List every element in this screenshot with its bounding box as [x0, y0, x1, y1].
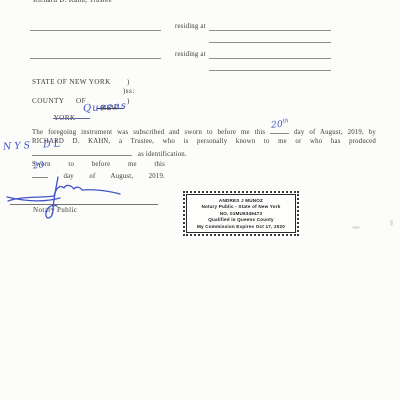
- stamp-title: Notary Public - State of New York: [191, 204, 291, 210]
- address-blank-line: [209, 58, 331, 59]
- jurat-line1: The foregoing instrument was subscribed …: [32, 126, 376, 137]
- venue-county-paren: ): [127, 97, 130, 105]
- venue-struck-york: YORK: [54, 114, 76, 122]
- residing-at-label: residing at: [175, 51, 206, 58]
- handwritten-county: Queens: [83, 100, 128, 114]
- notary-stamp-inner: ANDRES J MUNOZ Notary Public - State of …: [186, 194, 296, 233]
- jurat-line3-text: as identification.: [134, 151, 187, 158]
- jurat-paragraph: The foregoing instrument was subscribed …: [32, 126, 376, 158]
- handwritten-sworn-day: 20: [33, 161, 45, 172]
- signer-name-cutoff: Richard D. Kahn, Trustee: [33, 0, 112, 4]
- sworn-line1: Sworn to before me this: [32, 160, 165, 170]
- address-blank-line: [209, 42, 331, 43]
- handwritten-day: 20th: [271, 116, 290, 131]
- scan-smudge: [352, 226, 360, 229]
- signature-blank-line: [30, 30, 161, 31]
- address-blank-line: [209, 30, 331, 31]
- venue-county-word: COUNTY: [32, 97, 64, 105]
- residing-at-label: residing at: [175, 23, 206, 30]
- venue-state-paren: ): [127, 78, 130, 86]
- day-blank-line: 20th: [270, 126, 289, 134]
- stamp-expiration: My Commission Expires Oct 17, 2020: [191, 224, 291, 230]
- scan-smudge: [390, 220, 393, 226]
- jurat-line1-pre: The foregoing instrument was subscribed …: [32, 129, 265, 136]
- signature-blank-line: [30, 58, 161, 59]
- notary-signature: [2, 172, 132, 226]
- jurat-line1-post: day of August, 2019, by: [294, 129, 376, 136]
- notary-stamp: ANDRES J MUNOZ Notary Public - State of …: [183, 191, 299, 236]
- venue-ss: )ss:: [123, 87, 135, 95]
- jurat-line2: RICHARD D. KAHN, a Trustee, who is perso…: [32, 137, 376, 148]
- venue-state: STATE OF NEW YORK: [32, 78, 111, 86]
- address-blank-line: [209, 70, 331, 71]
- jurat-line3: as identification.: [32, 148, 376, 159]
- notary-document-page: Richard D. Kahn, Trustee residing at res…: [0, 0, 400, 400]
